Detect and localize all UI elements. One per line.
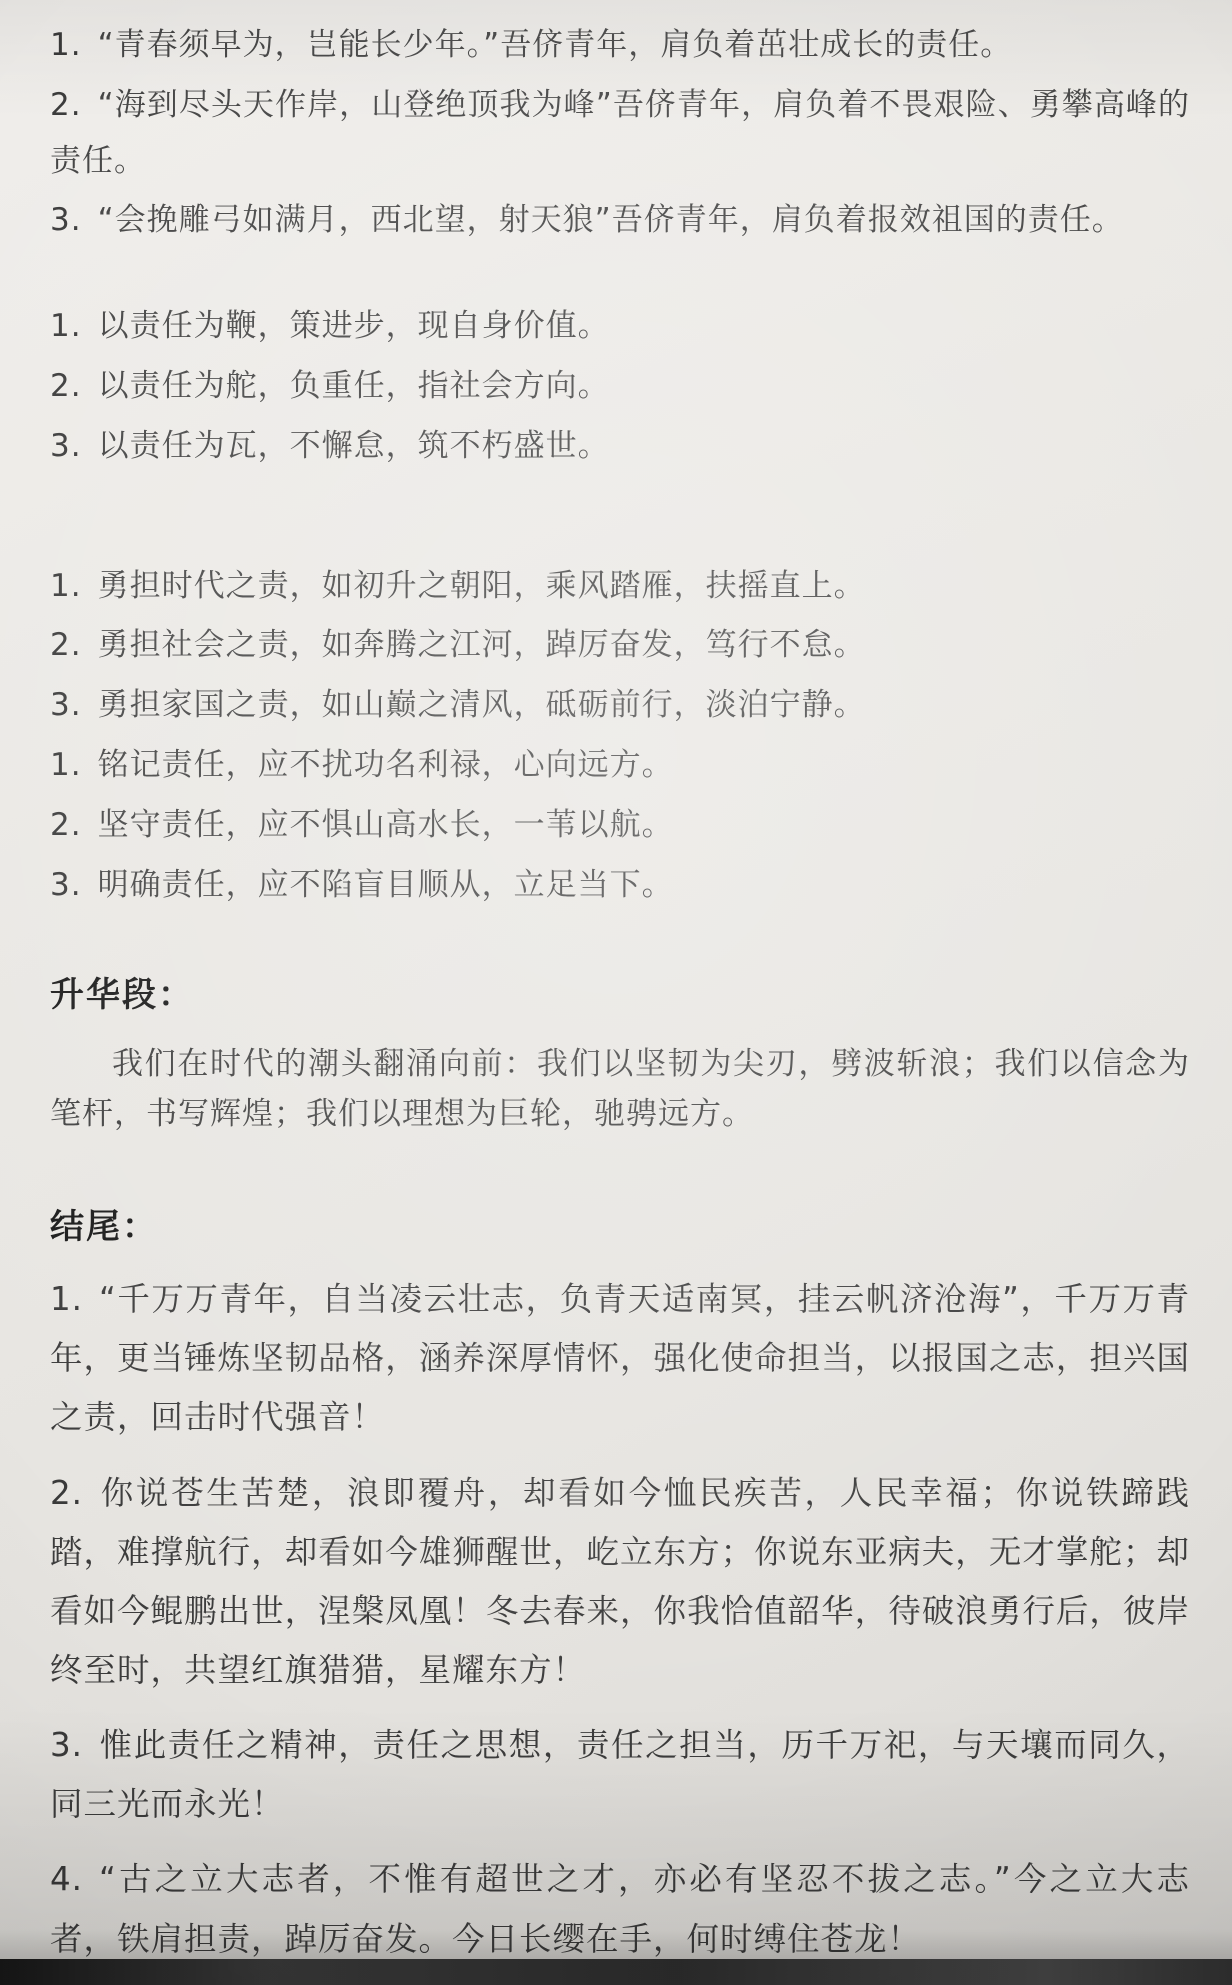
item-number: 1. bbox=[50, 299, 82, 355]
section-era-duties: 1.勇担时代之责，如初升之朝阳，乘风踏雁，扶摇直上。 2.勇担社会之责，如奔腾之… bbox=[50, 559, 1190, 734]
item-text: 铭记责任，应不扰功名利禄，心向远方。 bbox=[98, 747, 674, 783]
item-text: 以责任为鞭，策进步，现自身价值。 bbox=[98, 308, 610, 344]
item-text: 勇担时代之责，如初升之朝阳，乘风踏雁，扶摇直上。 bbox=[98, 568, 866, 604]
list-item: 3.“会挽雕弓如满月，西北望，射天狼”吾侪青年，肩负着报效祖国的责任。 bbox=[50, 193, 1190, 249]
list-item: 2.以责任为舵，负重任，指社会方向。 bbox=[50, 359, 1190, 415]
item-text: 以责任为瓦，不懈怠，筑不朽盛世。 bbox=[98, 428, 610, 464]
item-number: 3. bbox=[50, 419, 82, 475]
section-role-metaphors: 1.以责任为鞭，策进步，现自身价值。 2.以责任为舵，负重任，指社会方向。 3.… bbox=[50, 299, 1190, 474]
list-item: 1.勇担时代之责，如初升之朝阳，乘风踏雁，扶摇直上。 bbox=[50, 559, 1190, 615]
item-text: “会挽雕弓如满月，西北望，射天狼”吾侪青年，肩负着报效祖国的责任。 bbox=[98, 202, 1124, 238]
list-item: 1.以责任为鞭，策进步，现自身价值。 bbox=[50, 299, 1190, 355]
shenghua-heading: 升华段： bbox=[50, 965, 1190, 1026]
item-number: 3. bbox=[50, 1716, 83, 1775]
item-number: 2. bbox=[50, 359, 82, 415]
list-item: 1.“千万万青年，自当凌云壮志，负青天适南冥，挂云帆济沧海”，千万万青年，更当锤… bbox=[50, 1270, 1190, 1447]
item-text: “千万万青年，自当凌云壮志，负青天适南冥，挂云帆济沧海”，千万万青年，更当锤炼坚… bbox=[50, 1280, 1190, 1436]
shenghua-paragraph: 我们在时代的潮头翻涌向前：我们以坚韧为尖刃，劈波斩浪；我们以信念为笔杆，书写辉煌… bbox=[50, 1039, 1190, 1139]
jiewei-heading: 结尾： bbox=[50, 1197, 1190, 1258]
list-item: 1.铭记责任，应不扰功名利禄，心向远方。 bbox=[50, 738, 1190, 794]
item-number: 2. bbox=[50, 798, 82, 854]
section-duty-quotes: 1.“青春须早为，岂能长少年。”吾侪青年，肩负着茁壮成长的责任。 2.“海到尽头… bbox=[50, 18, 1190, 249]
item-number: 1. bbox=[50, 738, 82, 794]
item-number: 3. bbox=[50, 858, 82, 914]
item-text: “古之立大志者，不惟有超世之才，亦必有坚忍不拔之志。”今之立大志者，铁肩担责，踔… bbox=[50, 1860, 1190, 1957]
item-number: 1. bbox=[50, 559, 82, 615]
list-item: 4.“古之立大志者，不惟有超世之才，亦必有坚忍不拔之志。”今之立大志者，铁肩担责… bbox=[50, 1850, 1190, 1968]
item-text: “青春须早为，岂能长少年。”吾侪青年，肩负着茁壮成长的责任。 bbox=[98, 27, 1013, 63]
list-item: 3.明确责任，应不陷盲目顺从，立足当下。 bbox=[50, 858, 1190, 914]
item-number: 1. bbox=[50, 1270, 83, 1329]
list-item: 2.“海到尽头天作岸，山登绝顶我为峰”吾侪青年，肩负着不畏艰险、勇攀高峰的责任。 bbox=[50, 78, 1190, 190]
list-item: 2.勇担社会之责，如奔腾之江河，踔厉奋发，笃行不怠。 bbox=[50, 618, 1190, 674]
item-text: 坚守责任，应不惧山高水长，一苇以航。 bbox=[98, 807, 674, 843]
item-text: 你说苍生苦楚，浪即覆舟，却看如今恤民疾苦，人民幸福；你说铁蹄践踏，难撑航行，却看… bbox=[50, 1474, 1190, 1689]
list-item: 3.以责任为瓦，不懈怠，筑不朽盛世。 bbox=[50, 419, 1190, 475]
list-item: 1.“青春须早为，岂能长少年。”吾侪青年，肩负着茁壮成长的责任。 bbox=[50, 18, 1190, 74]
item-number: 3. bbox=[50, 193, 82, 249]
item-number: 2. bbox=[50, 1464, 83, 1523]
item-number: 3. bbox=[50, 678, 82, 734]
item-text: 惟此责任之精神，责任之思想，责任之担当，历千万祀，与天壤而同久，同三光而永光！ bbox=[50, 1726, 1190, 1823]
photo-bottom-edge bbox=[0, 1959, 1232, 1985]
section-jiewei: 结尾： 1.“千万万青年，自当凌云壮志，负青天适南冥，挂云帆济沧海”，千万万青年… bbox=[50, 1197, 1190, 1969]
item-number: 1. bbox=[50, 18, 82, 74]
list-item: 3.勇担家国之责，如山巅之清风，砥砺前行，淡泊宁静。 bbox=[50, 678, 1190, 734]
item-text: 以责任为舵，负重任，指社会方向。 bbox=[98, 368, 610, 404]
list-item: 2.坚守责任，应不惧山高水长，一苇以航。 bbox=[50, 798, 1190, 854]
section-shenghua: 升华段： 我们在时代的潮头翻涌向前：我们以坚韧为尖刃，劈波斩浪；我们以信念为笔杆… bbox=[50, 965, 1190, 1139]
item-number: 2. bbox=[50, 78, 82, 134]
item-number: 2. bbox=[50, 618, 82, 674]
item-number: 4. bbox=[50, 1850, 83, 1909]
section-duty-attitudes: 1.铭记责任，应不扰功名利禄，心向远方。 2.坚守责任，应不惧山高水长，一苇以航… bbox=[50, 738, 1190, 913]
list-item: 2.你说苍生苦楚，浪即覆舟，却看如今恤民疾苦，人民幸福；你说铁蹄践踏，难撑航行，… bbox=[50, 1464, 1190, 1701]
item-text: 勇担社会之责，如奔腾之江河，踔厉奋发，笃行不怠。 bbox=[98, 627, 866, 663]
document-paper: 1.“青春须早为，岂能长少年。”吾侪青年，肩负着茁壮成长的责任。 2.“海到尽头… bbox=[0, 0, 1232, 1959]
item-text: “海到尽头天作岸，山登绝顶我为峰”吾侪青年，肩负着不畏艰险、勇攀高峰的责任。 bbox=[50, 87, 1190, 179]
item-text: 勇担家国之责，如山巅之清风，砥砺前行，淡泊宁静。 bbox=[98, 687, 866, 723]
item-text: 明确责任，应不陷盲目顺从，立足当下。 bbox=[98, 867, 674, 903]
list-item: 3.惟此责任之精神，责任之思想，责任之担当，历千万祀，与天壤而同久，同三光而永光… bbox=[50, 1716, 1190, 1834]
